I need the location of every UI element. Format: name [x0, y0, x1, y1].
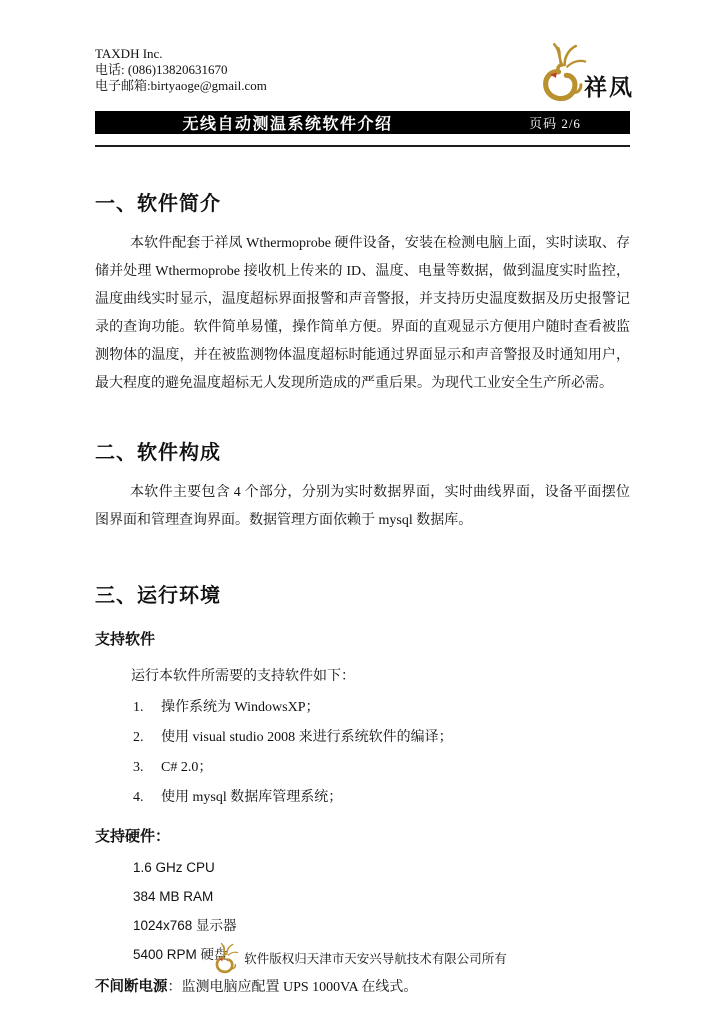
list-item-text: 使用 mysql 数据库管理系统；: [161, 790, 342, 805]
hardware-item: 384 MB RAM: [95, 889, 630, 904]
document-footer: 软件版权归天津市天安兴导航技术有限公司所有: [0, 941, 719, 974]
page-number: 页码 2/6: [480, 113, 630, 132]
list-item: 2. 使用 visual studio 2008 来进行系统软件的编译；: [95, 730, 630, 745]
document-body: 一、软件简介 本软件配套于祥凤 Wthermoprobe 硬件设备，安装在检测电…: [95, 187, 630, 996]
ups-label: 不间断电源: [95, 979, 168, 995]
section-intro-paragraph: 本软件配套于祥凤 Wthermoprobe 硬件设备，安装在检测电脑上面，实时读…: [95, 230, 630, 398]
phone-line: 电话: (086)13820631670: [95, 62, 267, 78]
software-list: 1. 操作系统为 WindowsXP； 2. 使用 visual studio …: [95, 700, 630, 805]
title-bar: 无线自动测温系统软件介绍 页码 2/6: [95, 111, 630, 134]
document-header: TAXDH Inc. 电话: (086)13820631670 电子邮箱:bir…: [95, 46, 630, 102]
phoenix-icon: [536, 40, 588, 102]
list-item: 4. 使用 mysql 数据库管理系统；: [95, 790, 630, 805]
software-list-intro: 运行本软件所需要的支持软件如下：: [95, 665, 630, 685]
list-item-number: 1.: [133, 700, 161, 715]
company-name: TAXDH Inc.: [95, 46, 267, 62]
list-item-text: 操作系统为 WindowsXP；: [161, 700, 320, 715]
list-item-number: 3.: [133, 760, 161, 775]
copyright-text: 软件版权归天津市天安兴导航技术有限公司所有: [244, 949, 507, 967]
list-item-number: 2.: [133, 730, 161, 745]
section-composition-heading: 二、软件构成: [95, 436, 630, 465]
hardware-item: 1024x768 显示器: [95, 918, 630, 933]
contact-block: TAXDH Inc. 电话: (086)13820631670 电子邮箱:bir…: [95, 46, 267, 94]
ups-line: 不间断电源：监测电脑应配置 UPS 1000VA 在线式。: [95, 979, 630, 996]
logo-text: 祥凤: [584, 76, 634, 99]
email-line: 电子邮箱:birtyaoge@gmail.com: [95, 78, 267, 94]
section-environment-heading: 三、运行环境: [95, 579, 630, 608]
list-item-text: 使用 visual studio 2008 来进行系统软件的编译；: [161, 730, 453, 745]
document-title: 无线自动测温系统软件介绍: [95, 111, 480, 134]
list-item-text: C# 2.0；: [161, 760, 212, 775]
hardware-support-label: 支持硬件：: [95, 825, 630, 846]
list-item: 3. C# 2.0；: [95, 760, 630, 775]
list-item-number: 4.: [133, 790, 161, 805]
company-logo: 祥凤: [536, 40, 634, 102]
document-page: TAXDH Inc. 电话: (086)13820631670 电子邮箱:bir…: [0, 0, 719, 1024]
header-rule: [95, 145, 630, 147]
phoenix-footer-icon: [212, 941, 239, 974]
ups-text: ：监测电脑应配置 UPS 1000VA 在线式。: [168, 980, 418, 995]
software-support-label: 支持软件: [95, 628, 630, 649]
list-item: 1. 操作系统为 WindowsXP；: [95, 700, 630, 715]
hardware-item: 1.6 GHz CPU: [95, 860, 630, 875]
section-intro-heading: 一、软件简介: [95, 187, 630, 216]
section-composition-paragraph: 本软件主要包含 4 个部分，分别为实时数据界面，实时曲线界面，设备平面摆位图界面…: [95, 479, 630, 535]
